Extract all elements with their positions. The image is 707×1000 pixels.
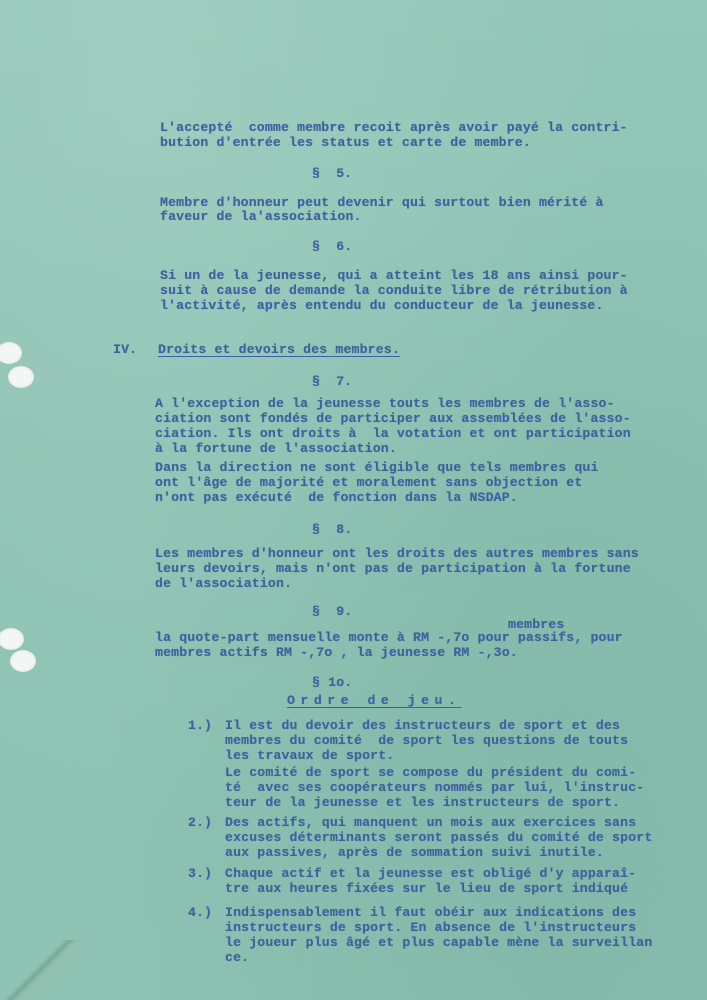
item-number: 3.) bbox=[188, 866, 212, 881]
punch-hole bbox=[0, 342, 22, 364]
chapter-title: Droits et devoirs des membres. bbox=[158, 342, 400, 357]
text-line: Indispensablement il faut obéir aux indi… bbox=[225, 905, 636, 920]
text-line: Des actifs, qui manquent un mois aux exe… bbox=[225, 815, 636, 830]
text-line: ciation sont fondés de participer aux as… bbox=[155, 411, 631, 426]
punch-hole bbox=[8, 366, 34, 388]
chapter-number: IV. bbox=[113, 342, 137, 357]
section-heading: § 9. bbox=[312, 604, 352, 619]
text-line: Chaque actif et la jeunesse est obligé d… bbox=[225, 866, 636, 881]
item-number: 4.) bbox=[188, 905, 212, 920]
text-line: A l'exception de la jeunesse touts les m… bbox=[155, 396, 615, 411]
section-heading: § 1o. bbox=[312, 675, 352, 690]
text-line: de l'association. bbox=[155, 576, 292, 591]
text-line: le joueur plus âgé et plus capable mène … bbox=[225, 935, 652, 950]
text-line: Le comité de sport se compose du préside… bbox=[225, 765, 636, 780]
text-line: teur de la jeunesse et les instructeurs … bbox=[225, 795, 620, 810]
text-line: leurs devoirs, mais n'ont pas de partici… bbox=[155, 561, 631, 576]
text-line: aux passives, après de sommation suivi i… bbox=[225, 845, 604, 860]
text-line: la quote-part mensuelle monte à RM -,7o … bbox=[155, 630, 623, 645]
text-line: l'activité, après entendu du conducteur … bbox=[160, 298, 604, 313]
text-line: L'accepté comme membre recoit après avoi… bbox=[160, 120, 628, 135]
page-fold bbox=[0, 940, 80, 1000]
text-line: ce. bbox=[225, 950, 249, 965]
document-page: L'accepté comme membre recoit après avoi… bbox=[0, 0, 707, 1000]
text-line: té avec ses coopérateurs nommés par lui,… bbox=[225, 780, 644, 795]
text-line: bution d'entrée les status et carte de m… bbox=[160, 135, 531, 150]
section-heading: § 6. bbox=[312, 239, 352, 254]
item-number: 1.) bbox=[188, 718, 212, 733]
punch-hole bbox=[0, 628, 24, 650]
text-line: Membre d'honneur peut devenir qui surtou… bbox=[160, 195, 604, 210]
text-line: à la fortune de l'association. bbox=[155, 441, 397, 456]
item-number: 2.) bbox=[188, 815, 212, 830]
section-title: Ordre de jeu. bbox=[287, 693, 461, 708]
text-line: membres actifs RM -,7o , la jeunesse RM … bbox=[155, 645, 518, 660]
text-line: Dans la direction ne sont éligible que t… bbox=[155, 460, 599, 475]
text-line: membres du comité de sport les questions… bbox=[225, 733, 628, 748]
text-line: Si un de la jeunesse, qui a atteint les … bbox=[160, 268, 628, 283]
text-line: tre aux heures fixées sur le lieu de spo… bbox=[225, 881, 628, 896]
section-heading: § 7. bbox=[312, 374, 352, 389]
section-heading: § 8. bbox=[312, 522, 352, 537]
text-line: ciation. Ils ont droits à la votation et… bbox=[155, 426, 631, 441]
text-line: faveur de la'association. bbox=[160, 209, 362, 224]
text-line: suit à cause de demande la conduite libr… bbox=[160, 283, 628, 298]
text-line: ont l'âge de majorité et moralement sans… bbox=[155, 475, 582, 490]
text-line: instructeurs de sport. En absence de l'i… bbox=[225, 920, 636, 935]
text-line: Les membres d'honneur ont les droits des… bbox=[155, 546, 639, 561]
text-line: n'ont pas exécuté de fonction dans la NS… bbox=[155, 490, 518, 505]
text-line: excuses déterminants seront passés du co… bbox=[225, 830, 652, 845]
text-line: les travaux de sport. bbox=[225, 748, 394, 763]
punch-hole bbox=[10, 650, 36, 672]
section-heading: § 5. bbox=[312, 166, 352, 181]
text-line: Il est du devoir des instructeurs de spo… bbox=[225, 718, 620, 733]
